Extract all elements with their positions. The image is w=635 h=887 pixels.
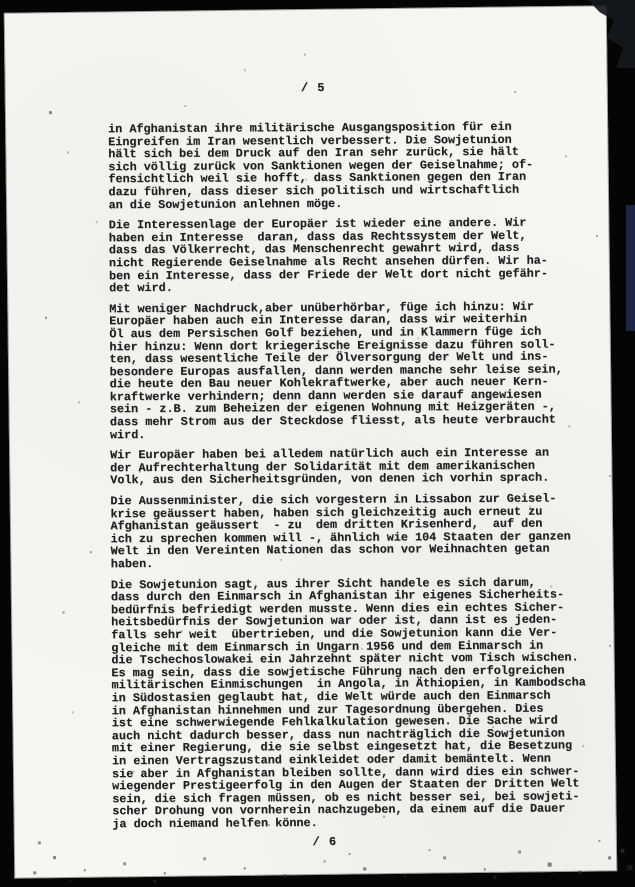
scanned-document-screenshot: { "document": { "page_header": "/ 5", "p… (0, 0, 635, 887)
page-content: / 5 in Afghanistan ihre militärische Aus… (6, 7, 614, 877)
paragraph: Mit weniger Nachdruck,aber unüberhörbar,… (109, 300, 610, 442)
scan-artifact-blue-strip (626, 205, 635, 331)
paragraph: Die Aussenminister, die sich vorgestern … (110, 492, 610, 571)
paragraph: Wir Europäer haben bei alledem natürlich… (110, 446, 610, 487)
paragraph: Die Sowjetunion sagt, aus ihrer Sicht ha… (111, 576, 613, 831)
scan-noise-bottom (4, 13, 5, 14)
page-number-footer: / 6 (312, 835, 337, 849)
page-number-header: / 5 (301, 81, 326, 95)
paragraph: Die Interessenlage der Europäer ist wied… (109, 216, 609, 295)
paragraph: in Afghanistan ihre militärische Ausgang… (108, 120, 609, 211)
paper-sheet: / 5 in Afghanistan ihre militärische Aus… (4, 5, 618, 878)
document-body: in Afghanistan ihre militärische Ausgang… (108, 120, 612, 839)
